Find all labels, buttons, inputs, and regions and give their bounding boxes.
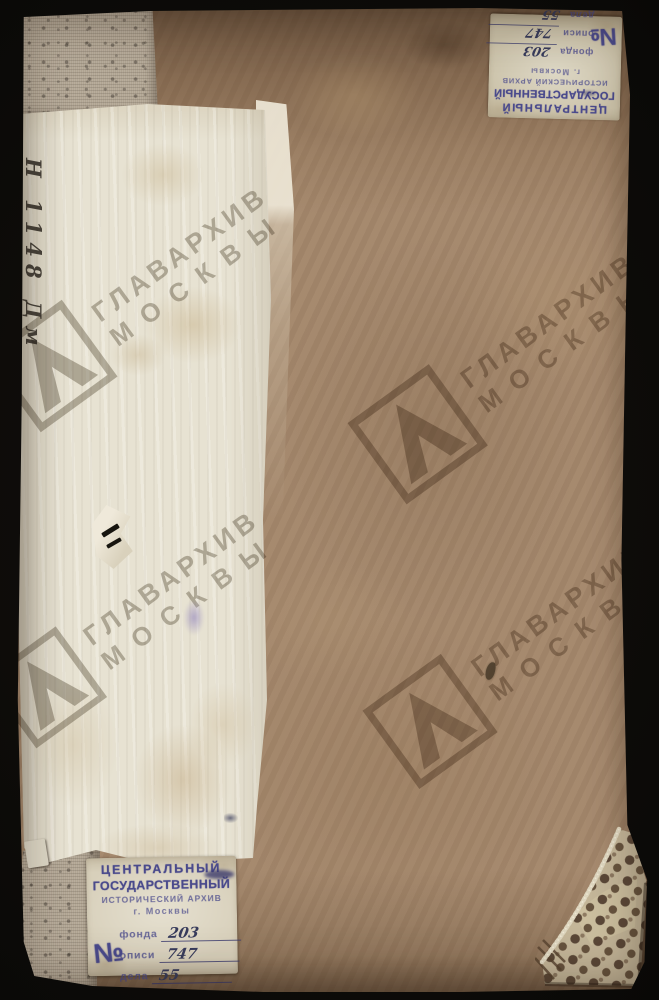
field-opis-label: описи	[562, 26, 594, 39]
field-fond-value: 203	[483, 42, 556, 58]
book-cover: ГЛАВАРХИВ МОСКВЫ ГЛАВАРХИВ МОСКВЫ ГЛАВАР…	[0, 0, 659, 1000]
stamp-fields: № фонда 203 описи 747 дела 55	[91, 920, 234, 985]
field-opis-value: 747	[486, 24, 559, 40]
field-delo-value: 55	[493, 6, 566, 22]
spine-handwriting: Н 1148 Дм	[21, 158, 46, 498]
paper-tab	[24, 839, 49, 869]
archival-scan: ГЛАВАРХИВ МОСКВЫ ГЛАВАРХИВ МОСКВЫ ГЛАВАР…	[0, 0, 659, 1000]
number-sign: №	[90, 937, 121, 971]
field-fond: фонда 203	[119, 920, 243, 943]
field-delo-label: дела	[120, 970, 148, 984]
field-delo-value: 55	[152, 966, 235, 984]
ink-smudge	[582, 91, 596, 97]
field-opis-value: 747	[159, 945, 242, 963]
spine-cloth-top	[16, 6, 158, 118]
ink-speck	[224, 813, 238, 823]
stamp-org-line4: г. Москвы	[91, 904, 233, 919]
field-fond-label: фонда	[559, 44, 593, 57]
archive-stamp-label-bottom: ЦЕНТРАЛЬНЫЙ ГОСУДАРСТВЕННЫЙ ИСТОРИЧЕСКИЙ…	[86, 856, 238, 977]
number-sign: №	[593, 22, 619, 51]
field-delo: дела 55	[120, 962, 244, 985]
pasted-paper-strip	[18, 100, 276, 866]
violet-ink-smudge	[180, 596, 208, 644]
archive-stamp-label-top: ЦЕНТРАЛЬНЫЙ ГОСУДАРСТВЕННЫЙ ИСТОРИЧЕСКИЙ…	[488, 13, 623, 120]
field-opis-label: описи	[120, 949, 156, 964]
stamp-fields: № фонда 203 описи 747 дела 55	[493, 6, 619, 65]
torn-corner-fabric	[535, 823, 653, 995]
field-fond: фонда 203	[484, 42, 593, 63]
field-fond-value: 203	[161, 924, 244, 942]
field-opis: описи 747	[119, 941, 243, 964]
field-delo-label: дела	[569, 8, 594, 21]
field-fond-label: фонда	[119, 928, 158, 943]
